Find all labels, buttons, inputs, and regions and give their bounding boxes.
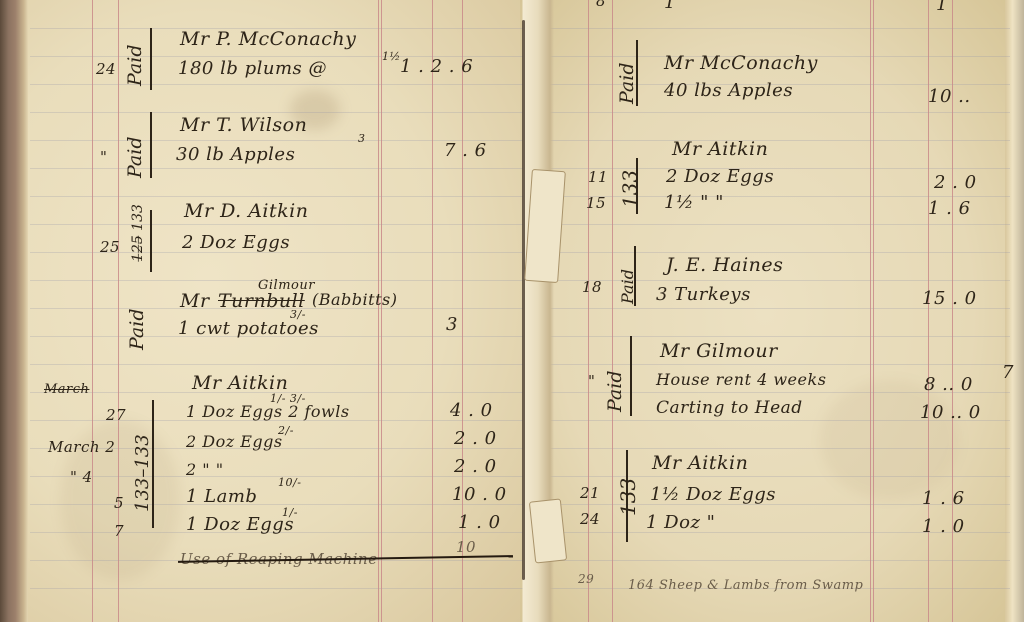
- status-divider: [634, 246, 636, 306]
- spine-crease: [522, 20, 525, 580]
- line-item: 1½ " ": [664, 192, 724, 213]
- line-amount: 1 . 0: [922, 516, 965, 537]
- unit-price-note: 2/-: [278, 424, 294, 437]
- line-item: 2 Doz Eggs: [186, 432, 283, 451]
- line-item: House rent 4 weeks: [656, 370, 826, 389]
- footer-note: 164 Sheep & Lambs from Swamp: [628, 578, 863, 593]
- account-number: 133–133: [132, 434, 153, 512]
- line-item: 2 Doz Eggs: [666, 166, 774, 187]
- unit-price-note: 1/-: [282, 506, 298, 519]
- line-item: 1½ Doz Eggs: [650, 484, 776, 505]
- name-suffix: (Babbitts): [312, 290, 397, 309]
- unit-price-note: 1½: [382, 50, 401, 63]
- line-amount: 15 . 0: [922, 288, 977, 309]
- line-item: 30 lb Apples: [176, 144, 295, 165]
- unit-price-note: 1/- 3/-: [270, 392, 306, 405]
- paid-stamp: Paid: [616, 63, 638, 105]
- struck-month: March: [44, 382, 89, 397]
- line-amount: 3: [446, 314, 458, 335]
- status-divider: [150, 28, 152, 90]
- unit-price-note: 3/-: [290, 308, 306, 321]
- line-item: 40 lbs Apples: [664, 80, 793, 101]
- entry-date: 18: [582, 278, 602, 296]
- status-divider: [636, 40, 638, 106]
- line-amount: 7 . 6: [444, 140, 487, 161]
- line-date: 15: [586, 194, 606, 212]
- line-date: 7: [114, 522, 124, 540]
- line-amount: 10 .. 0: [920, 402, 981, 423]
- line-item: 1 Lamb: [186, 486, 257, 507]
- line-item: 1 Doz Eggs 2 fowls: [186, 402, 350, 421]
- status-divider: [626, 450, 628, 542]
- paid-stamp: Paid: [124, 137, 146, 179]
- page-edge-right: [1005, 0, 1024, 622]
- line-date: 27: [106, 406, 126, 424]
- entry-date: 24: [96, 60, 116, 78]
- line-amount: 2 . 0: [934, 172, 977, 193]
- line-date: 11: [588, 168, 608, 186]
- customer-name: Mr D. Aitkin: [184, 200, 308, 222]
- book-binding-edge: [0, 0, 28, 622]
- struck-amount: 10: [456, 538, 476, 556]
- unit-price-note: 3: [358, 132, 366, 145]
- account-number: 1̶2̶5̶ 133: [130, 204, 146, 262]
- paid-stamp: Paid: [124, 45, 146, 87]
- unit-price-note: 10/-: [278, 476, 301, 489]
- line-item: 1 Doz Eggs: [186, 514, 294, 535]
- line-item: 1 cwt potatoes: [178, 318, 319, 339]
- customer-name: Mr Aitkin: [672, 138, 768, 160]
- status-divider: [150, 210, 152, 272]
- entry-date: ": [588, 372, 595, 390]
- line-date: 5: [114, 494, 124, 512]
- customer-name: Mr Aitkin: [192, 372, 288, 394]
- paid-stamp: Paid: [604, 371, 626, 413]
- line-date: 21: [580, 484, 600, 502]
- partial-line-date: 8: [596, 0, 606, 10]
- customer-name: Mr P. McConachy: [180, 28, 356, 50]
- line-item: 2 Doz Eggs: [182, 232, 290, 253]
- account-number: 133: [618, 170, 642, 208]
- customer-name: J. E. Haines: [666, 254, 783, 276]
- status-divider: [630, 336, 632, 416]
- status-divider: [152, 400, 154, 528]
- line-item: 1 Doz ": [646, 512, 715, 533]
- account-number: 133: [616, 478, 640, 516]
- line-amount: 8 .. 0: [924, 374, 973, 395]
- partial-line-item: 1 " ": [664, 0, 706, 13]
- customer-name: Mr Gilmour: [660, 340, 778, 362]
- line-item: 180 lb plums @: [178, 58, 327, 79]
- line-amount: 10 . 0: [452, 484, 507, 505]
- line-amount: 2 . 0: [454, 456, 497, 477]
- line-amount: 1 . 6: [928, 198, 971, 219]
- line-amount: 1 . 6: [922, 488, 965, 509]
- customer-name: Mr McConachy: [664, 52, 818, 74]
- line-date: 24: [580, 510, 600, 528]
- line-date: March 2: [48, 438, 115, 456]
- line-amount: 1 . 2 . 6: [400, 56, 473, 77]
- margin-mark: 7: [1002, 362, 1014, 383]
- line-amount: 1 . 0: [458, 512, 501, 533]
- status-divider: [150, 112, 152, 178]
- paid-stamp: Paid: [126, 309, 148, 351]
- line-date: " 4: [70, 468, 93, 486]
- entry-date: ": [100, 148, 107, 166]
- line-amount: 4 . 0: [450, 400, 493, 421]
- name-prefix: Mr: [180, 290, 210, 312]
- status-divider: [636, 158, 638, 214]
- line-amount: 2 . 0: [454, 428, 497, 449]
- footer-note-date: 29: [578, 572, 594, 586]
- line-item: Carting to Head: [656, 398, 803, 418]
- line-amount: 10 ..: [928, 86, 971, 107]
- customer-name: Mr Aitkin: [652, 452, 748, 474]
- line-item: 3 Turkeys: [656, 284, 751, 305]
- line-item: 2 " ": [186, 460, 224, 479]
- entry-date: 25: [100, 238, 120, 256]
- partial-line-amount: 1: [936, 0, 948, 15]
- customer-name: Mr T. Wilson: [180, 114, 307, 136]
- torn-paper-flap: [529, 498, 567, 563]
